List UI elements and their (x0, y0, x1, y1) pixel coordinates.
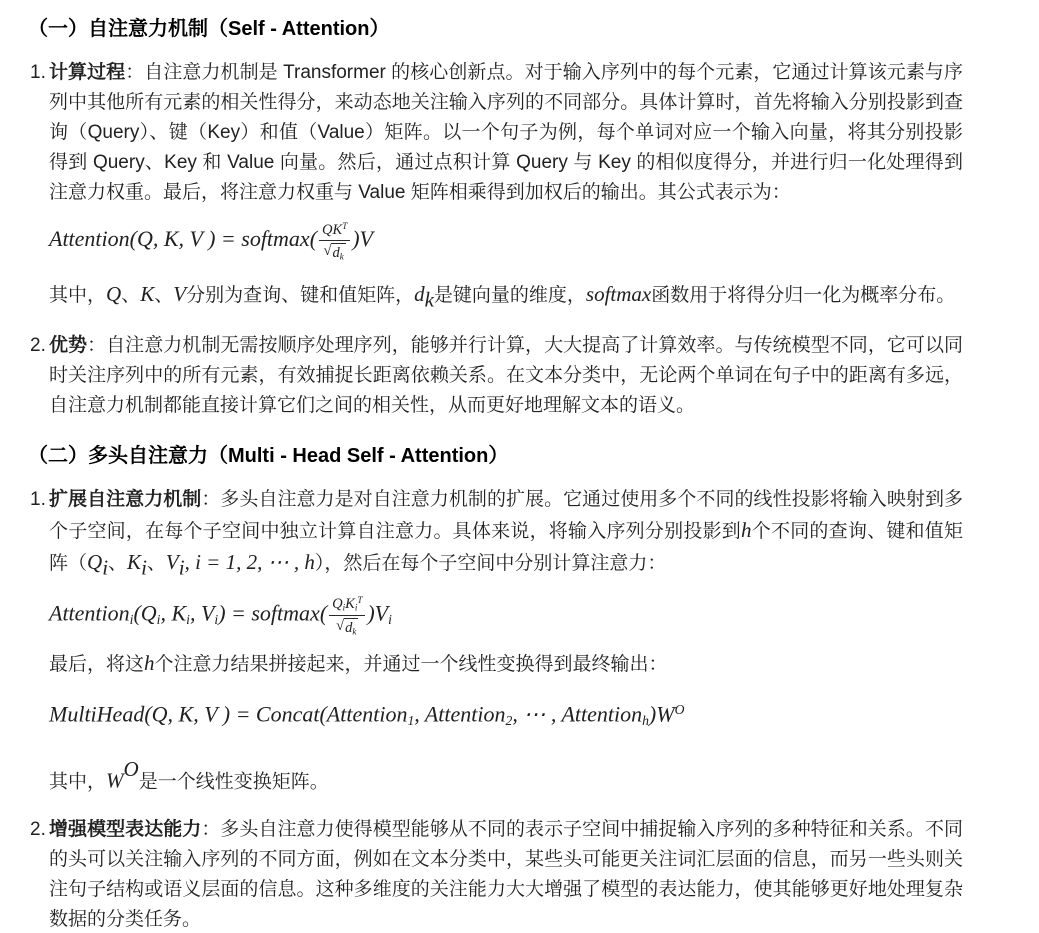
section-1-list: 1. 计算过程：自注意力机制是 Transformer 的核心创新点。对于输入序… (28, 58, 963, 421)
text-run: 函数用于将得分归一化为概率分布。 (651, 285, 955, 306)
list-marker: 1. (30, 485, 46, 515)
paragraph-calc-process: 计算过程：自注意力机制是 Transformer 的核心创新点。对于输入序列中的… (49, 58, 963, 208)
text-run: 个注意力结果拼接起来，并通过一个线性变换得到最终输出： (155, 654, 668, 675)
radical-sign-icon: √ (336, 618, 344, 635)
radicand: dk (344, 618, 358, 638)
text-run: 、 (108, 553, 127, 574)
math-run: d (414, 282, 425, 306)
math-run: , K (160, 601, 186, 626)
math-run: ) = softmax( (218, 601, 327, 626)
math-run: V (166, 550, 179, 574)
math-run: Q (87, 550, 102, 574)
math-run: , ⋯ , Attention (512, 702, 642, 727)
list-marker: 2. (30, 331, 46, 361)
math-run: , i = 1, 2, ⋯ , h (185, 550, 315, 574)
list-item-extend-self-attention: 1. 扩展自注意力机制：多头自注意力是对自注意力机制的扩展。它通过使用多个不同的… (30, 485, 963, 803)
formula-attention-head-i: Attentioni(Qi, Ki, Vi) = softmax(QiKiT√d… (49, 595, 963, 637)
math-run: )V (367, 601, 388, 626)
paragraph-wo-note: 其中，WO是一个线性变换矩阵。 (49, 749, 963, 803)
math-run: d (332, 245, 339, 261)
math-run: V (173, 282, 186, 306)
document-page: （一）自注意力机制（Self - Attention） 1. 计算过程：自注意力… (0, 0, 1039, 933)
math-run: MultiHead(Q, K, V ) = Concat(Attention (49, 702, 407, 727)
math-run: softmax (586, 282, 651, 306)
sqrt-expression: √dk (336, 618, 358, 638)
math-run: K (140, 282, 154, 306)
paragraph-expressive-power: 增强模型表达能力：多头自注意力使得模型能够从不同的表示子空间中捕捉输入序列的多种… (49, 815, 963, 933)
math-subscript: k (425, 287, 434, 311)
math-run: h (144, 651, 155, 675)
text-run: 分别为查询、键和值矩阵， (186, 285, 414, 306)
paragraph-extend: 扩展自注意力机制：多头自注意力是对自注意力机制的扩展。它通过使用多个不同的线性投… (49, 485, 963, 582)
text-run: 优势 (49, 335, 87, 356)
math-supscript: T (357, 595, 362, 605)
text-run: ：自注意力机制无需按顺序处理序列，能够并行计算，大大提高了计算效率。与传统模型不… (49, 335, 963, 416)
text-run: 其中， (49, 772, 106, 793)
math-supscript: O (124, 757, 139, 781)
list-item-expressive-power: 2. 增强模型表达能力：多头自注意力使得模型能够从不同的表示子空间中捕捉输入序列… (30, 815, 963, 933)
math-run: Attention(Q, K, V ) = softmax( (49, 226, 317, 251)
math-supscript: O (675, 702, 685, 717)
radicand: dk (331, 243, 345, 263)
list-marker: 1. (30, 58, 46, 88)
text-run: 增强模型表达能力 (49, 819, 201, 840)
fraction-denominator: √dk (319, 241, 350, 263)
math-subscript: i (388, 612, 392, 627)
math-run: Attention (49, 601, 130, 626)
fraction-numerator: QKT (319, 221, 350, 241)
text-run: 扩展自注意力机制 (49, 489, 201, 510)
section-1-heading: （一）自注意力机制（Self - Attention） (28, 16, 963, 42)
radical-sign-icon: √ (324, 243, 332, 260)
list-marker: 2. (30, 815, 46, 845)
math-subscript: k (340, 251, 344, 261)
sqrt-expression: √dk (324, 243, 346, 263)
math-run: , Attention (414, 702, 505, 727)
text-run: 最后，将这 (49, 654, 144, 675)
paragraph-advantage: 优势：自注意力机制无需按顺序处理序列，能够并行计算，大大提高了计算效率。与传统模… (49, 331, 963, 421)
math-run: W (106, 769, 124, 793)
text-run: 计算过程 (49, 62, 125, 83)
text-run: 、 (121, 285, 140, 306)
text-run: 是一个线性变换矩阵。 (139, 772, 329, 793)
math-supscript: T (342, 221, 347, 231)
text-run: 是键向量的维度， (434, 285, 586, 306)
section-2-heading: （二）多头自注意力（Multi - Head Self - Attention） (28, 443, 963, 469)
math-run: K (345, 596, 355, 612)
math-run: K (127, 550, 141, 574)
list-item-calc-process: 1. 计算过程：自注意力机制是 Transformer 的核心创新点。对于输入序… (30, 58, 963, 319)
text-run: 其中， (49, 285, 106, 306)
text-run: ：自注意力机制是 Transformer 的核心创新点。对于输入序列中的每个元素… (49, 62, 963, 203)
fraction-denominator: √dk (329, 616, 365, 638)
text-run: ），然后在每个子空间中分别计算注意力： (315, 553, 667, 574)
text-run: 、 (154, 285, 173, 306)
math-run: Q (332, 596, 342, 612)
math-subscript: k (352, 626, 356, 636)
math-run: )V (352, 226, 373, 251)
paragraph-concat-intro: 最后，将这h个注意力结果拼接起来，并通过一个线性变换得到最终输出： (49, 648, 963, 680)
math-run: Q (106, 282, 121, 306)
section-2-list: 1. 扩展自注意力机制：多头自注意力是对自注意力机制的扩展。它通过使用多个不同的… (28, 485, 963, 933)
text-run: 、 (147, 553, 166, 574)
list-item-advantage: 2. 优势：自注意力机制无需按顺序处理序列，能够并行计算，大大提高了计算效率。与… (30, 331, 963, 421)
math-subscript: h (642, 713, 649, 728)
formula-attention: Attention(Q, K, V ) = softmax(QKT√dk)V (49, 221, 963, 263)
fraction: QKT√dk (319, 221, 350, 263)
section-self-attention: （一）自注意力机制（Self - Attention） 1. 计算过程：自注意力… (28, 16, 963, 421)
math-run: , V (190, 601, 214, 626)
paragraph-attention-note: 其中，Q、K、V分别为查询、键和值矩阵，dk是键向量的维度，softmax函数用… (49, 274, 963, 319)
math-run: )W (649, 702, 675, 727)
math-run: h (741, 518, 752, 542)
fraction: QiKiT√dk (329, 595, 365, 637)
section-multi-head: （二）多头自注意力（Multi - Head Self - Attention）… (28, 443, 963, 933)
fraction-numerator: QiKiT (329, 595, 365, 616)
math-run: QK (322, 222, 342, 238)
math-run: (Q (133, 601, 156, 626)
formula-multihead: MultiHead(Q, K, V ) = Concat(Attention1,… (49, 693, 963, 738)
